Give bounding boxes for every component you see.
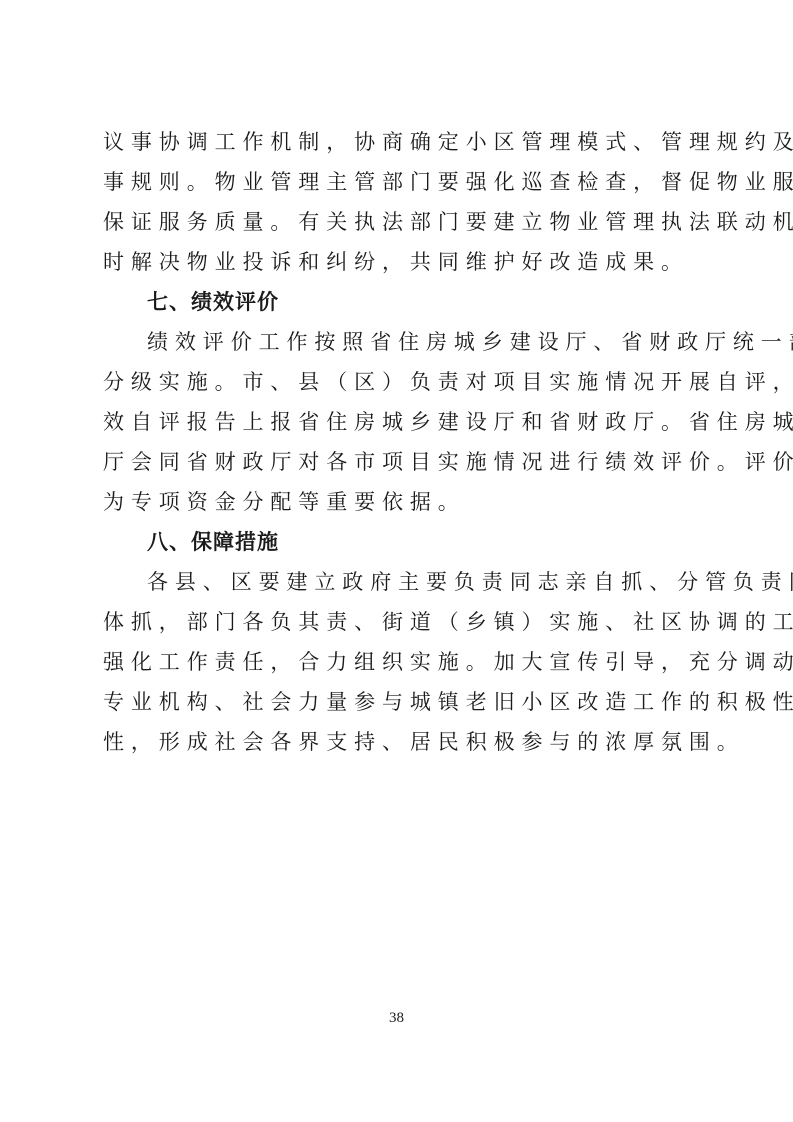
paragraph-line: 强化工作责任，合力组织实施。加大宣传引导，充分调动群众、	[103, 642, 693, 682]
paragraph-line: 分级实施。市、县（区）负责对项目实施情况开展自评，形成绩	[103, 362, 693, 402]
page-content: 议事协调工作机制，协商确定小区管理模式、管理规约及居民议 事规则。物业管理主管部…	[103, 122, 693, 762]
paragraph-line: 性，形成社会各界支持、居民积极参与的浓厚氛围。	[103, 722, 693, 762]
paragraph-line: 时解决物业投诉和纠纷，共同维护好改造成果。	[103, 242, 693, 282]
document-page: 议事协调工作机制，协商确定小区管理模式、管理规约及居民议 事规则。物业管理主管部…	[0, 0, 793, 1122]
paragraph-line: 事规则。物业管理主管部门要强化巡查检查，督促物业服务企业	[103, 162, 693, 202]
paragraph-line: 体抓，部门各负其责、街道（乡镇）实施、社区协调的工作机制，	[103, 602, 693, 642]
section-performance-evaluation: 七、绩效评价 绩效评价工作按照省住房城乡建设厅、省财政厅统一部署、 分级实施。市…	[103, 282, 693, 522]
paragraph-line: 厅会同省财政厅对各市项目实施情况进行绩效评价。评价结果作	[103, 442, 693, 482]
section-heading: 八、保障措施	[103, 522, 693, 562]
paragraph-line: 议事协调工作机制，协商确定小区管理模式、管理规约及居民议	[103, 122, 693, 162]
paragraph-line: 效自评报告上报省住房城乡建设厅和省财政厅。省住房城乡建设	[103, 402, 693, 442]
paragraph-line: 专业机构、社会力量参与城镇老旧小区改造工作的积极性、主动	[103, 682, 693, 722]
paragraph-line: 保证服务质量。有关执法部门要建立物业管理执法联动机制，及	[103, 202, 693, 242]
continuation-paragraph: 议事协调工作机制，协商确定小区管理模式、管理规约及居民议 事规则。物业管理主管部…	[103, 122, 693, 282]
section-safeguard-measures: 八、保障措施 各县、区要建立政府主要负责同志亲自抓、分管负责同志具 体抓，部门各…	[103, 522, 693, 762]
paragraph-line: 绩效评价工作按照省住房城乡建设厅、省财政厅统一部署、	[103, 322, 693, 362]
paragraph-line: 为专项资金分配等重要依据。	[103, 482, 693, 522]
page-number: 38	[0, 1010, 793, 1027]
section-heading: 七、绩效评价	[103, 282, 693, 322]
paragraph-line: 各县、区要建立政府主要负责同志亲自抓、分管负责同志具	[103, 562, 693, 602]
